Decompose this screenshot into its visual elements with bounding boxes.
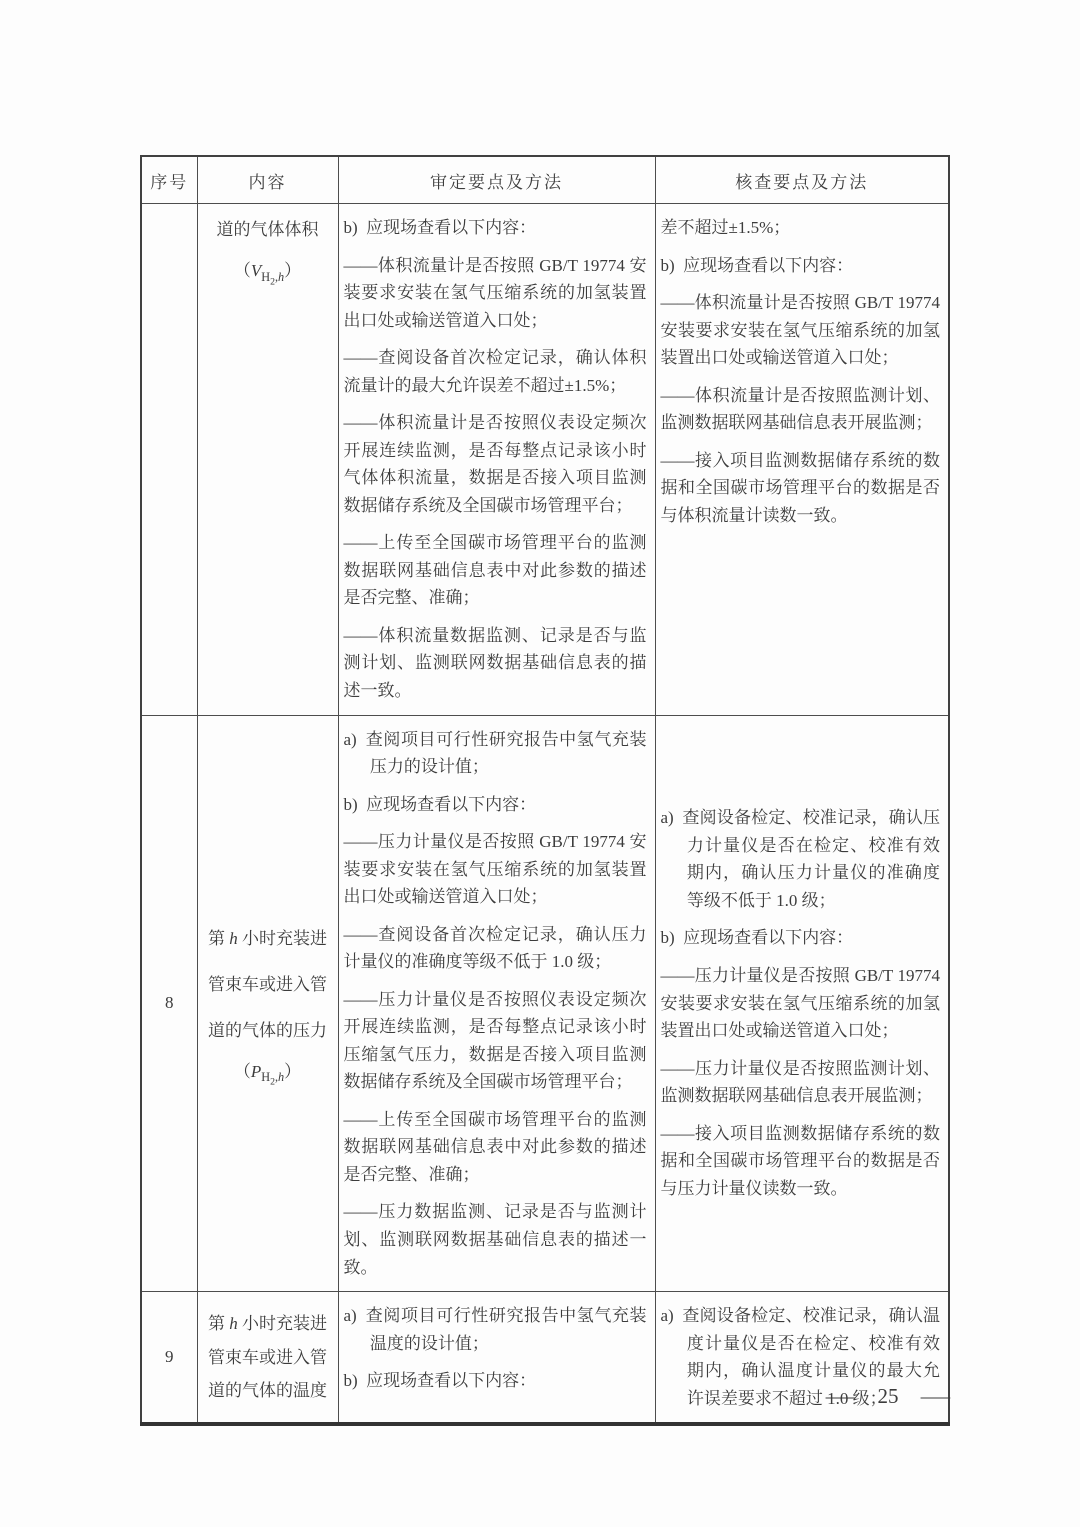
paragraph: ——上传至全国碳市场管理平台的监测数据联网基础信息表中对此参数的描述是否完整、准… — [344, 529, 647, 612]
paragraph: ——体积流量计是否按照监测计划、监测数据联网基础信息表开展监测； — [661, 382, 941, 437]
check-cell: 差不超过±1.5%； b)应现场查看以下内容： ——体积流量计是否按照 GB/T… — [655, 204, 949, 716]
paragraph: ——上传至全国碳市场管理平台的监测数据联网基础信息表中对此参数的描述是否完整、准… — [344, 1106, 647, 1189]
paragraph: a)查阅设备检定、校准记录，确认压力计量仪是否在检定、校准有效期内，确认压力计量… — [661, 804, 941, 914]
content-text: 道的气体体积 — [205, 216, 331, 243]
paragraph: ——查阅设备首次检定记录，确认压力计量仪的准确度等级不低于 1.0 级； — [344, 921, 647, 976]
paragraph: ——压力计量仪是否按照 GB/T 19774 安装要求安装在氢气压缩系统的加氢装… — [344, 828, 647, 911]
verification-cell: b)应现场查看以下内容： ——体积流量计是否按照 GB/T 19774 安装要求… — [338, 204, 655, 716]
table-header-row: 序号 内容 审定要点及方法 核查要点及方法 — [141, 156, 949, 204]
header-serial-number: 序号 — [141, 156, 197, 204]
paragraph: b)应现场查看以下内容： — [344, 1367, 647, 1395]
formula-v-h2h: （VH2,h） — [205, 259, 331, 289]
paragraph: a)查阅项目可行性研究报告中氢气充装压力的设计值； — [344, 726, 647, 781]
paragraph: ——压力计量仪是否按照 GB/T 19774 安装要求安装在氢气压缩系统的加氢装… — [661, 962, 941, 1045]
paragraph: b)应现场查看以下内容： — [661, 924, 941, 952]
table-row-8: 8 第 h 小时充装进管束车或进入管道的气体的压力 （PH2,h） a)查阅项目… — [141, 715, 949, 1292]
paragraph: ——接入项目监测数据储存系统的数据和全国碳市场管理平台的数据是否与压力计量仪读数… — [661, 1120, 941, 1203]
document-page: 序号 内容 审定要点及方法 核查要点及方法 道的气体体积 （VH2,h） b)应… — [0, 0, 1080, 1527]
paragraph: b)应现场查看以下内容： — [661, 252, 941, 280]
header-verification-points: 审定要点及方法 — [338, 156, 655, 204]
paragraph: ——体积流量计是否按照 GB/T 19774 安装要求安装在氢气压缩系统的加氢装… — [661, 289, 941, 372]
page-footer: — 25 — — [830, 1384, 946, 1409]
content-text: 第 h 小时充装进管束车或进入管道的气体的温度 — [205, 1307, 331, 1406]
serial-cell-8: 8 — [141, 715, 197, 1292]
formula-p-h2h: （PH2,h） — [205, 1058, 331, 1091]
check-cell: a)查阅设备检定、校准记录，确认压力计量仪是否在检定、校准有效期内，确认压力计量… — [655, 715, 949, 1292]
paragraph: b)应现场查看以下内容： — [344, 214, 647, 242]
table-row-continuation: 道的气体体积 （VH2,h） b)应现场查看以下内容： ——体积流量计是否按照 … — [141, 204, 949, 716]
paragraph: ——压力计量仪是否按照仪表设定频次开展连续监测，是否每整点记录该小时压缩氢气压力… — [344, 986, 647, 1096]
content-cell-volume: 道的气体体积 （VH2,h） — [197, 204, 338, 716]
serial-cell-9: 9 — [141, 1292, 197, 1425]
paragraph: ——接入项目监测数据储存系统的数据和全国碳市场管理平台的数据是否与体积流量计读数… — [661, 447, 941, 530]
verification-cell: a)查阅项目可行性研究报告中氢气充装温度的设计值； b)应现场查看以下内容： — [338, 1292, 655, 1425]
paragraph: ——体积流量计是否按照 GB/T 19774 安装要求安装在氢气压缩系统的加氢装… — [344, 252, 647, 335]
footer-right-dash: — — [921, 1384, 950, 1409]
serial-cell-empty — [141, 204, 197, 716]
paragraph: ——压力数据监测、记录是否与监测计划、监测联网数据基础信息表的描述一致。 — [344, 1198, 647, 1281]
content-cell-temperature: 第 h 小时充装进管束车或进入管道的气体的温度 — [197, 1292, 338, 1425]
page-number: 25 — [878, 1384, 899, 1409]
verification-cell: a)查阅项目可行性研究报告中氢气充装压力的设计值； b)应现场查看以下内容： —… — [338, 715, 655, 1292]
header-content: 内容 — [197, 156, 338, 204]
content-text: 第 h 小时充装进管束车或进入管道的气体的压力 — [205, 916, 331, 1054]
footer-left-dash: — — [826, 1384, 855, 1409]
paragraph: ——体积流量数据监测、记录是否与监测计划、监测联网数据基础信息表的描述一致。 — [344, 622, 647, 705]
paragraph: ——压力计量仪是否按照监测计划、监测数据联网基础信息表开展监测； — [661, 1055, 941, 1110]
header-check-points: 核查要点及方法 — [655, 156, 949, 204]
paragraph: ——体积流量计是否按照仪表设定频次开展连续监测，是否每整点记录该小时气体体积流量… — [344, 409, 647, 519]
paragraph-continuation: 差不超过±1.5%； — [661, 214, 941, 242]
content-cell-pressure: 第 h 小时充装进管束车或进入管道的气体的压力 （PH2,h） — [197, 715, 338, 1292]
paragraph: a)查阅项目可行性研究报告中氢气充装温度的设计值； — [344, 1302, 647, 1357]
review-points-table: 序号 内容 审定要点及方法 核查要点及方法 道的气体体积 （VH2,h） b)应… — [140, 155, 950, 1426]
paragraph: b)应现场查看以下内容： — [344, 791, 647, 819]
paragraph: ——查阅设备首次检定记录，确认体积流量计的最大允许误差不超过±1.5%； — [344, 344, 647, 399]
